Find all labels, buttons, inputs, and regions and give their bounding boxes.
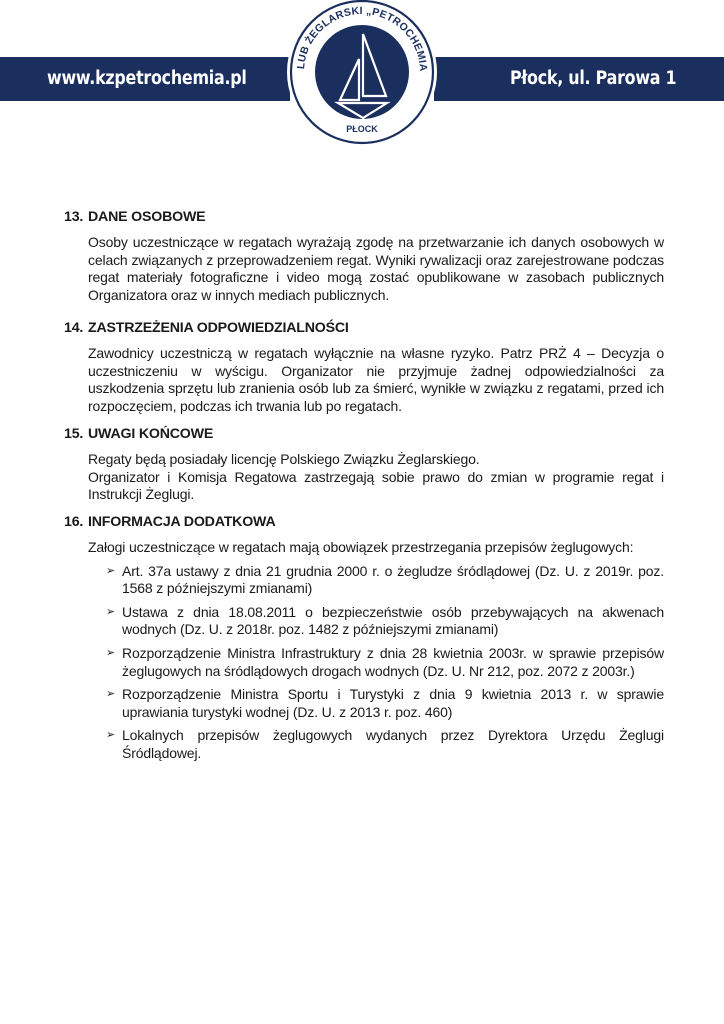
website-link[interactable]: www.kzpetrochemia.pl bbox=[47, 57, 247, 101]
header-band-left: www.kzpetrochemia.pl bbox=[0, 57, 290, 101]
section-paragraph: Załogi uczestniczące w regatach mają obo… bbox=[88, 539, 664, 557]
header-band-right: Płock, ul. Parowa 1 bbox=[434, 57, 724, 101]
arrowhead-bullet-icon: ➢ bbox=[106, 604, 115, 622]
section-heading: 16. INFORMACJA DODATKOWA bbox=[64, 514, 664, 534]
section-heading: 13. DANE OSOBOWE bbox=[64, 209, 664, 229]
section-additional-information: 16. INFORMACJA DODATKOWA Załogi uczestni… bbox=[64, 514, 664, 769]
section-paragraph: Zawodnicy uczestniczą w regatach wyłączn… bbox=[88, 345, 664, 415]
section-final-remarks: 15. UWAGI KOŃCOWE Regaty będą posiadały … bbox=[64, 426, 664, 504]
letterhead: www.kzpetrochemia.pl Płock, ul. Parowa 1… bbox=[0, 0, 724, 150]
section-personal-data: 13. DANE OSOBOWE Osoby uczestniczące w r… bbox=[64, 209, 664, 304]
section-paragraph: Regaty będą posiadały licencję Polskiego… bbox=[88, 451, 664, 504]
section-heading: 14. ZASTRZEŻENIA ODPOWIEDZIALNOŚCI bbox=[64, 320, 664, 340]
regulations-list: ➢Art. 37a ustawy z dnia 21 grudnia 2000 … bbox=[64, 563, 664, 763]
logo-bottom-text: PŁOCK bbox=[346, 124, 378, 134]
list-item: ➢Ustawa z dnia 18.08.2011 o bezpieczeńst… bbox=[108, 604, 664, 639]
section-heading: 15. UWAGI KOŃCOWE bbox=[64, 426, 664, 446]
club-address: Płock, ul. Parowa 1 bbox=[510, 57, 676, 101]
list-item: ➢Art. 37a ustawy z dnia 21 grudnia 2000 … bbox=[108, 563, 664, 598]
list-item: ➢Lokalnych przepisów żeglugowych wydanyc… bbox=[108, 727, 664, 762]
section-liability-disclaimer: 14. ZASTRZEŻENIA ODPOWIEDZIALNOŚCI Zawod… bbox=[64, 320, 664, 415]
club-logo: KLUB ŻEGLARSKI „PETROCHEMIA” PŁOCK bbox=[286, 0, 438, 148]
list-item: ➢Rozporządzenie Ministra Sportu i Turyst… bbox=[108, 686, 664, 721]
section-paragraph: Osoby uczestniczące w regatach wyrażają … bbox=[88, 234, 664, 304]
arrowhead-bullet-icon: ➢ bbox=[106, 686, 115, 704]
list-item: ➢Rozporządzenie Ministra Infrastruktury … bbox=[108, 645, 664, 680]
arrowhead-bullet-icon: ➢ bbox=[106, 563, 115, 581]
arrowhead-bullet-icon: ➢ bbox=[106, 727, 115, 745]
arrowhead-bullet-icon: ➢ bbox=[106, 645, 115, 663]
